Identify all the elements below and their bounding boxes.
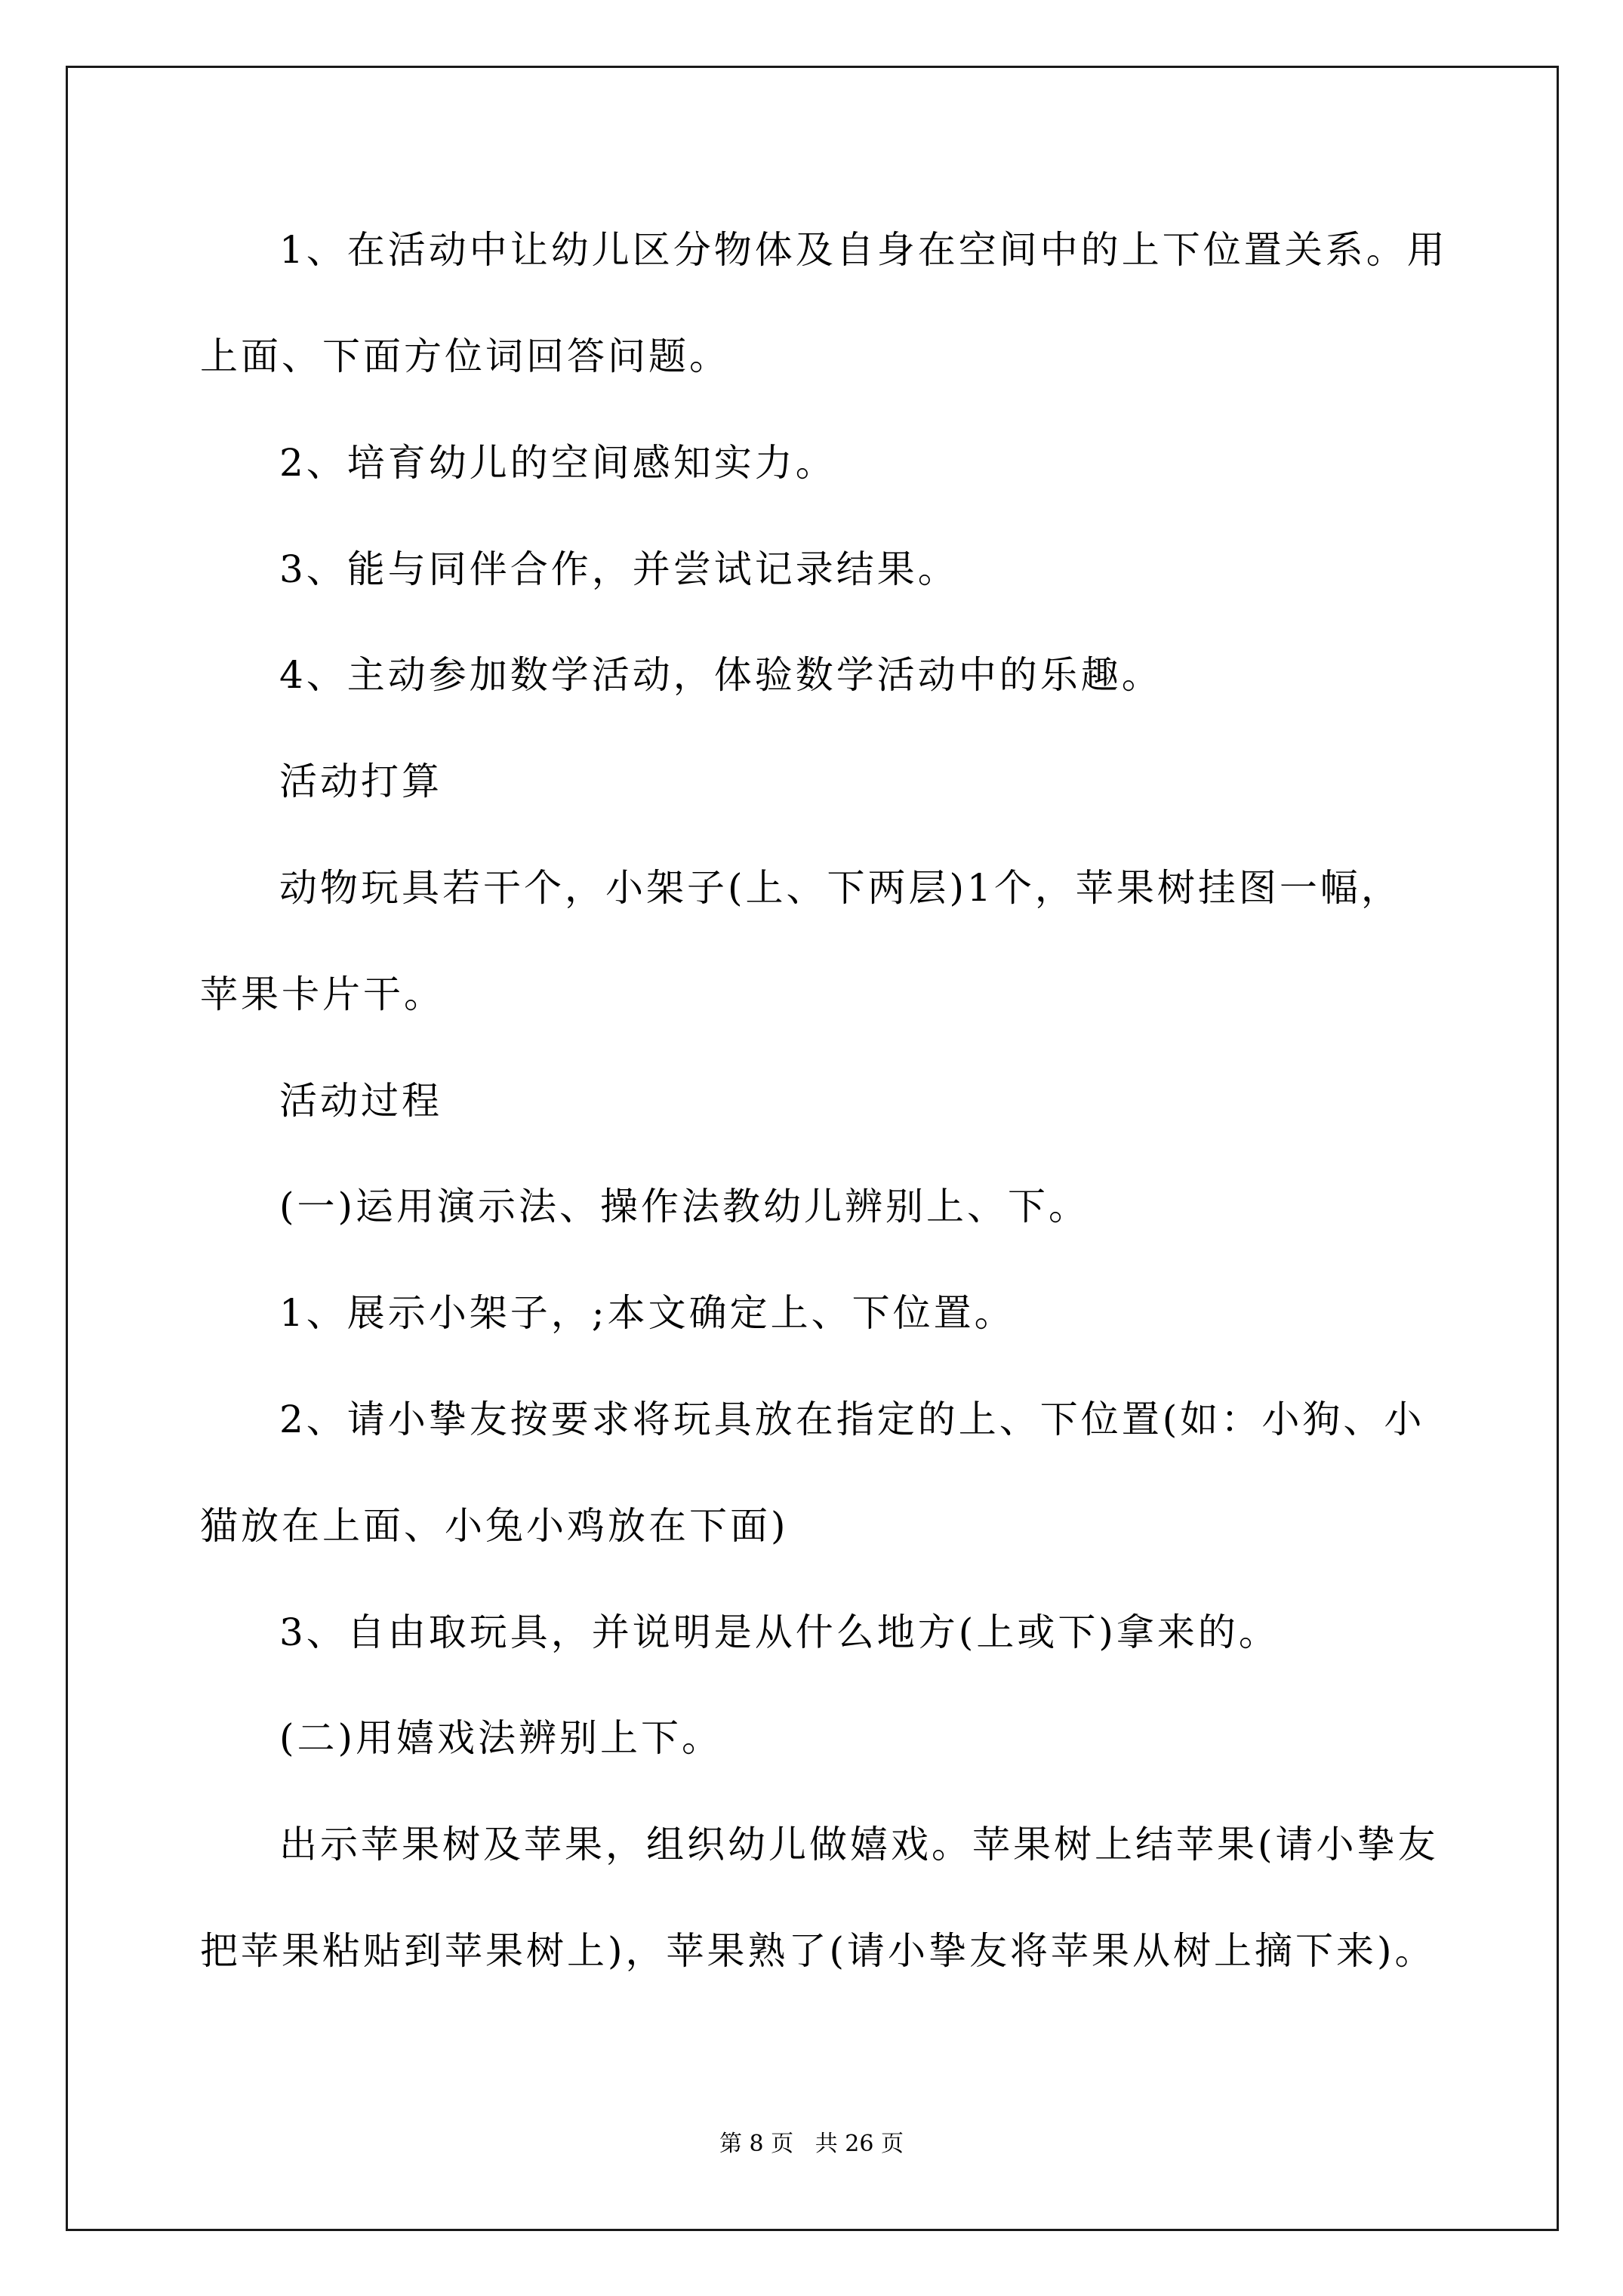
paragraph-step-2-line-2: 猫放在上面、小兔小鸡放在下面): [200, 1499, 1453, 1552]
paragraph-objective-1-line-2: 上面、下面方位词回答问题。: [200, 330, 1453, 383]
paragraph-step-1: 1、展示小架子，;本文确定上、下位置。: [279, 1287, 1453, 1339]
paragraph-objective-1-line-1: 1、在活动中让幼儿区分物体及自身在空间中的上下位置关系。用: [279, 223, 1453, 276]
paragraph-game-line-2: 把苹果粘贴到苹果树上)，苹果熟了(请小挚友将苹果从树上摘下来)。: [200, 1925, 1453, 1977]
section-heading-preparation: 活动打算: [279, 755, 1453, 808]
paragraph-game-line-1: 出示苹果树及苹果，组织幼儿做嬉戏。苹果树上结苹果(请小挚友: [279, 1818, 1453, 1871]
paragraph-materials-line-1: 动物玩具若干个，小架子(上、下两层)1个，苹果树挂图一幅，: [279, 861, 1453, 914]
page-number-footer: 第 8 页 共 26 页: [0, 2128, 1623, 2161]
paragraph-step-2-line-1: 2、请小挚友按要求将玩具放在指定的上、下位置(如：小狗、小: [279, 1393, 1453, 1446]
section-heading-process: 活动过程: [279, 1074, 1453, 1127]
subheading-part-two: (二)用嬉戏法辨别上下。: [279, 1712, 1453, 1764]
subheading-part-one: (一)运用演示法、操作法教幼儿辨别上、下。: [279, 1180, 1453, 1233]
paragraph-objective-3: 3、能与同伴合作，并尝试记录结果。: [279, 543, 1453, 596]
paragraph-objective-4: 4、主动参加数学活动，体验数学活动中的乐趣。: [279, 649, 1453, 701]
paragraph-materials-line-2: 苹果卡片干。: [200, 968, 1453, 1021]
paragraph-objective-2: 2、培育幼儿的空间感知实力。: [279, 436, 1453, 489]
page-border-frame: [66, 66, 1559, 2231]
paragraph-step-3: 3、自由取玩具，并说明是从什么地方(上或下)拿来的。: [279, 1606, 1453, 1659]
